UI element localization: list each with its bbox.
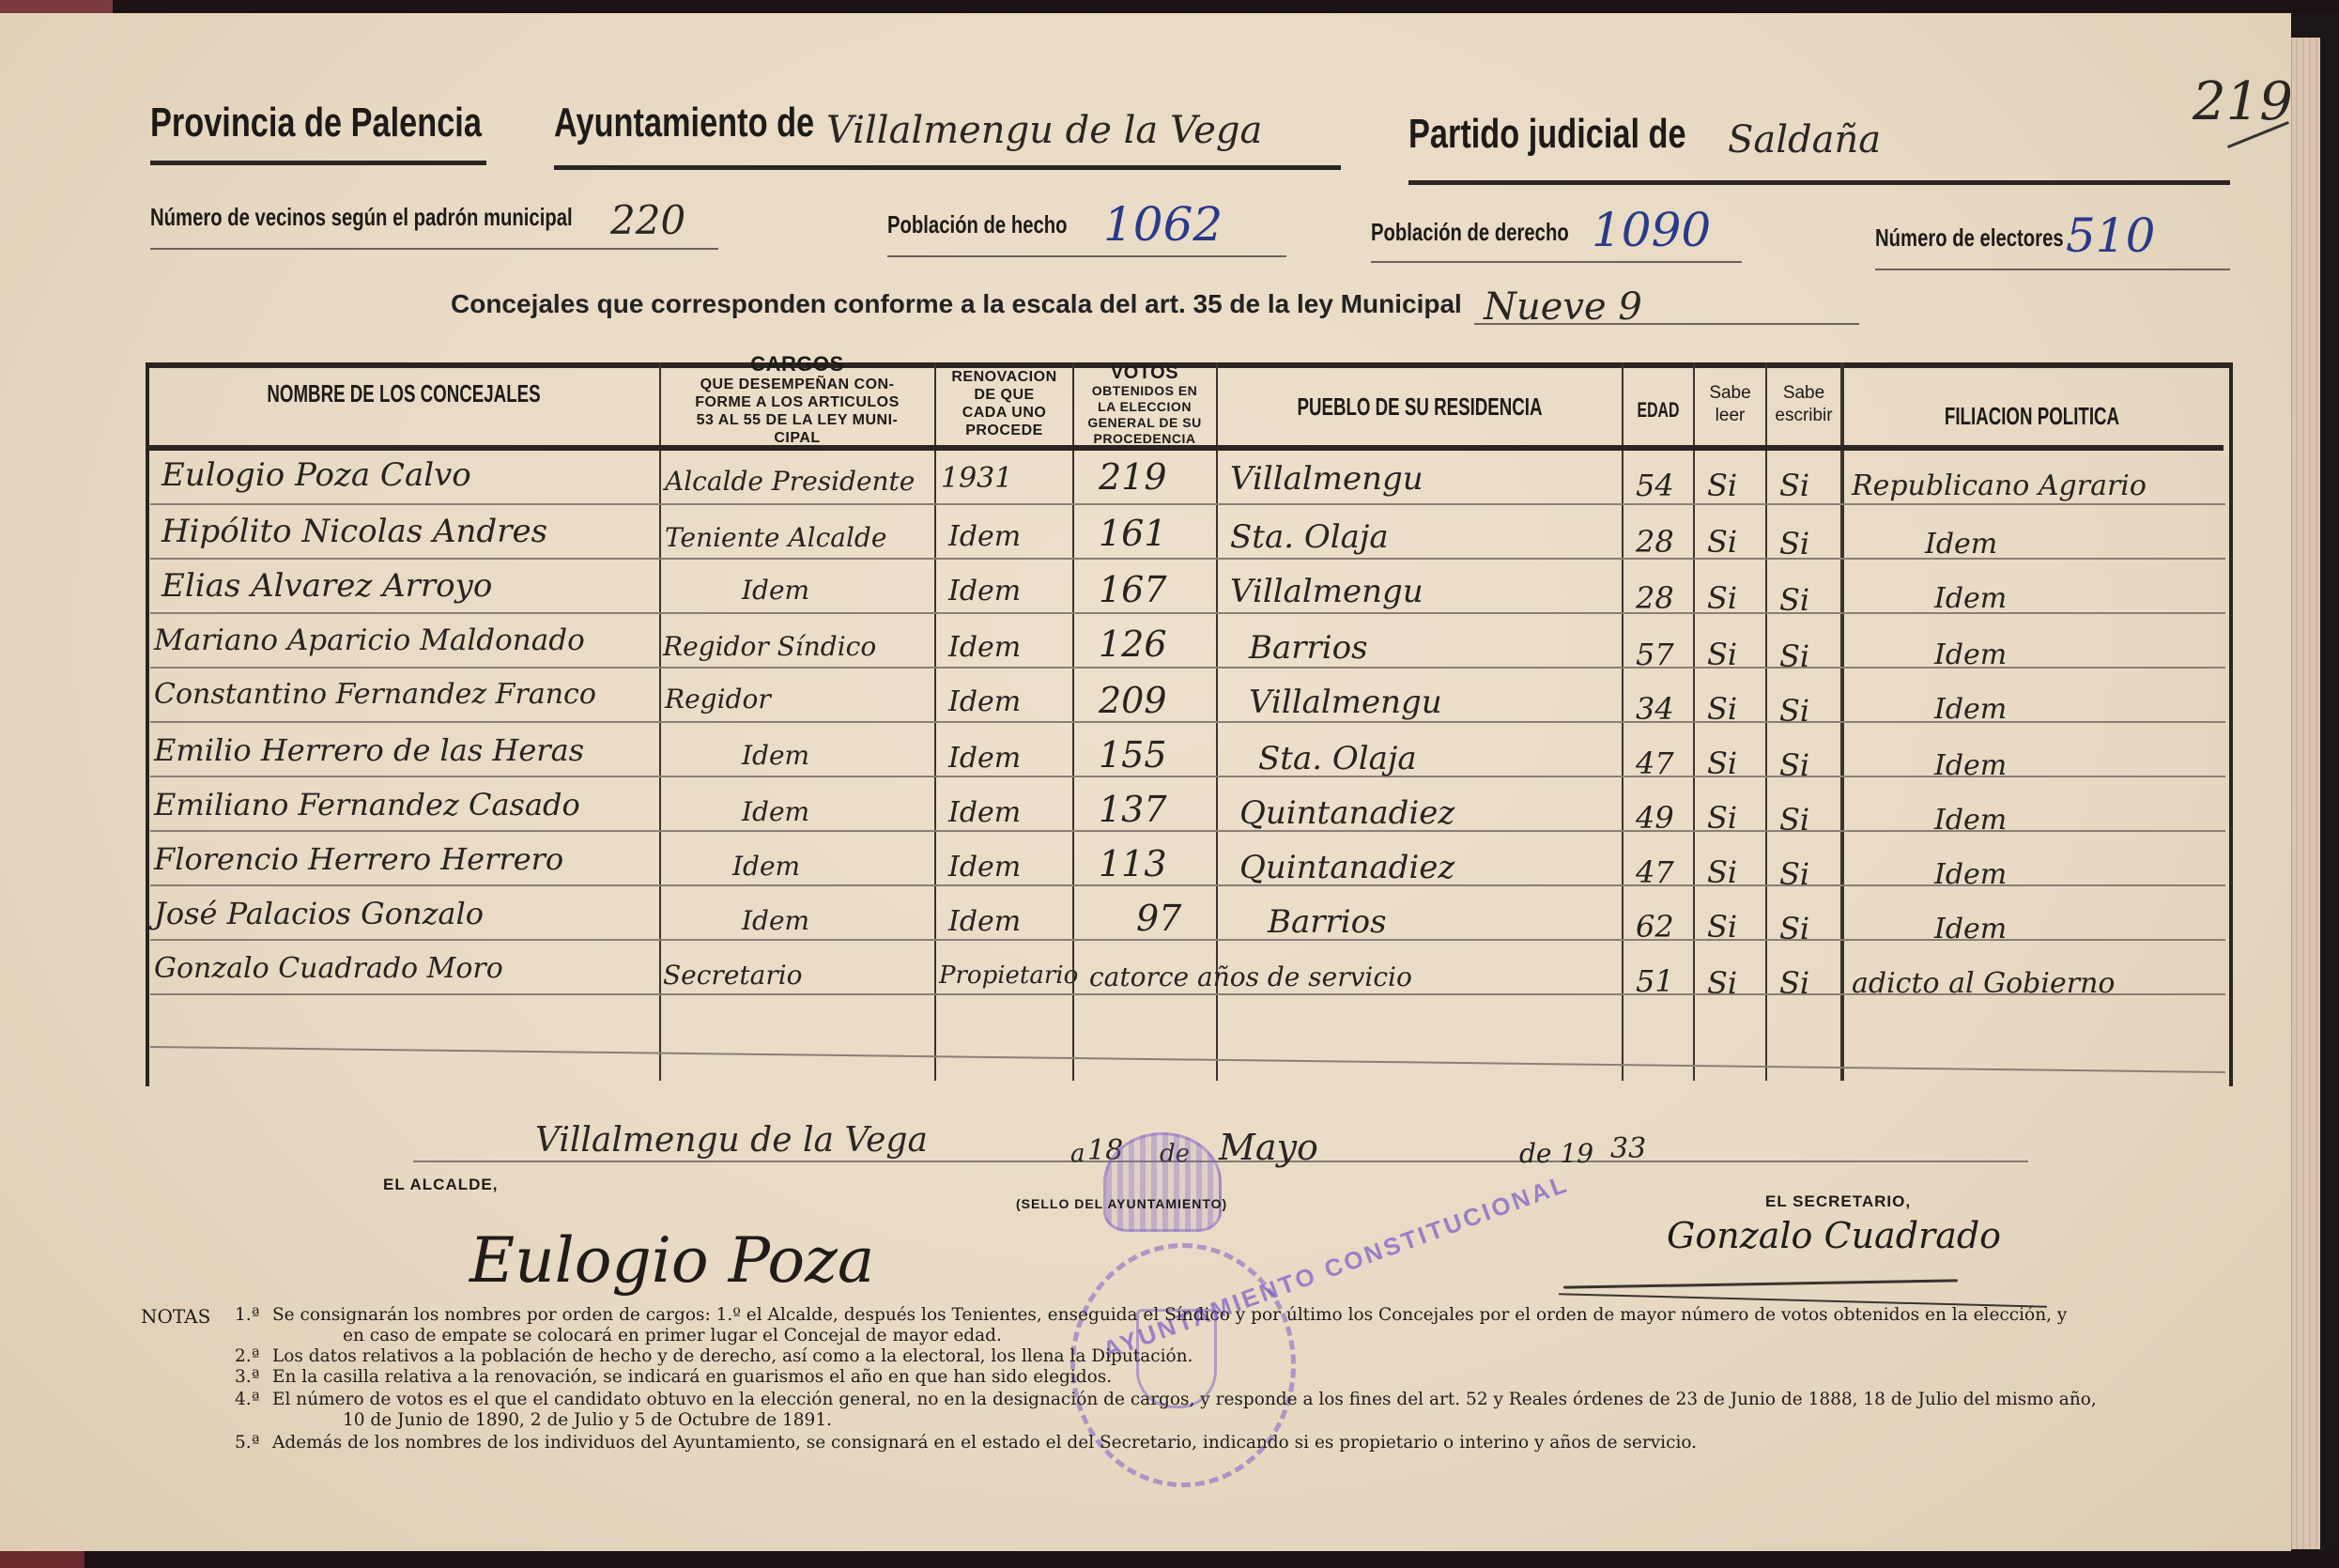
col-header-sabe-leer: Sabe leer: [1695, 382, 1765, 427]
col-header-edad: EDAD: [1633, 398, 1683, 423]
col-header-votos: VOTOS OBTENIDOS EN LA ELECCION GENERAL D…: [1074, 362, 1215, 447]
ayuntamiento-label: Ayuntamiento de: [554, 100, 814, 146]
col-header-sabe-escribir: Sabe escribir: [1767, 382, 1840, 427]
electores-underline: [1875, 269, 2230, 270]
partido-underline: [1408, 180, 2230, 185]
ayuntamiento-value: Villalmengu de la Vega: [826, 109, 1262, 152]
poblacion-derecho-value: 1090: [1592, 203, 1711, 257]
secretario-signature: Gonzalo Cuadrado: [1667, 1215, 2001, 1256]
secretario-label: EL SECRETARIO,: [1765, 1192, 1911, 1211]
poblacion-derecho-underline: [1371, 261, 1742, 263]
date-month: Mayo: [1219, 1127, 1318, 1168]
provincia-label: Provincia de Palencia: [150, 100, 482, 146]
note-3: 3.ªEn la casilla relativa a la renovació…: [235, 1367, 1112, 1387]
note-4-cont: 10 de Junio de 1890, 2 de Julio y 5 de O…: [343, 1410, 832, 1430]
concejales-underline: [1474, 323, 1859, 325]
partido-label: Partido judicial de: [1408, 111, 1686, 158]
note-2: 2.ªLos datos relativos a la población de…: [235, 1346, 1193, 1366]
book-page-edges: [2291, 38, 2320, 1549]
note-4: 4.ªEl número de votos es el que el candi…: [235, 1390, 2097, 1409]
electores-value: 510: [2066, 208, 2155, 263]
footer-place: Villalmengu de la Vega: [535, 1121, 928, 1160]
date-year-prefix: de 19: [1519, 1138, 1593, 1169]
date-year-suffix: 33: [1610, 1132, 1646, 1165]
date-a-label: a: [1070, 1140, 1085, 1168]
poblacion-hecho-label: Población de hecho: [887, 210, 1068, 239]
vecinos-underline: [150, 248, 718, 250]
note-1: 1.ªSe consignarán los nombres por orden …: [235, 1305, 2067, 1325]
note-5: 5.ªAdemás de los nombres de los individu…: [235, 1433, 1697, 1453]
vecinos-label: Número de vecinos según el padrón munici…: [150, 203, 573, 232]
poblacion-hecho-underline: [887, 255, 1286, 257]
col-header-renovacion: RENOVACION DE QUE CADA UNO PROCEDE: [936, 368, 1072, 439]
book-top-edge: [0, 0, 2339, 13]
col-header-nombre: NOMBRE DE LOS CONCEJALES: [222, 379, 587, 408]
document-page: 219 Provincia de Palencia Ayuntamiento d…: [0, 13, 2291, 1562]
alcalde-label: EL ALCALDE,: [383, 1176, 498, 1194]
note-1-cont: en caso de empate se colocará en primer …: [343, 1326, 1002, 1345]
col-header-cargos: CARGOS QUE DESEMPEÑAN CON- FORME A LOS A…: [661, 353, 933, 447]
col-header-pueblo: PUEBLO DE SU RESIDENCIA: [1274, 392, 1565, 422]
alcalde-signature: Eulogio Poza: [469, 1224, 874, 1297]
notes-label: NOTAS: [141, 1305, 210, 1328]
vecinos-value: 220: [610, 197, 685, 243]
concejales-label: Concejales que corresponden conforme a l…: [451, 289, 1462, 319]
provincia-underline: [150, 161, 486, 165]
stamp-crown-icon: [1103, 1132, 1222, 1232]
book-bottom-edge: [0, 1551, 2339, 1568]
page-number: 219: [2193, 71, 2291, 132]
poblacion-hecho-value: 1062: [1103, 197, 1223, 252]
ayuntamiento-underline: [554, 165, 1341, 170]
col-header-filiacion: FILIACION POLITICA: [1897, 402, 2167, 431]
electores-label: Número de electores: [1875, 223, 2064, 253]
signature-flourish: [1563, 1279, 1958, 1288]
poblacion-derecho-label: Población de derecho: [1371, 218, 1569, 247]
partido-value: Saldaña: [1728, 118, 1881, 161]
sello-label: (SELLO DEL AYUNTAMIENTO): [1016, 1196, 1227, 1211]
